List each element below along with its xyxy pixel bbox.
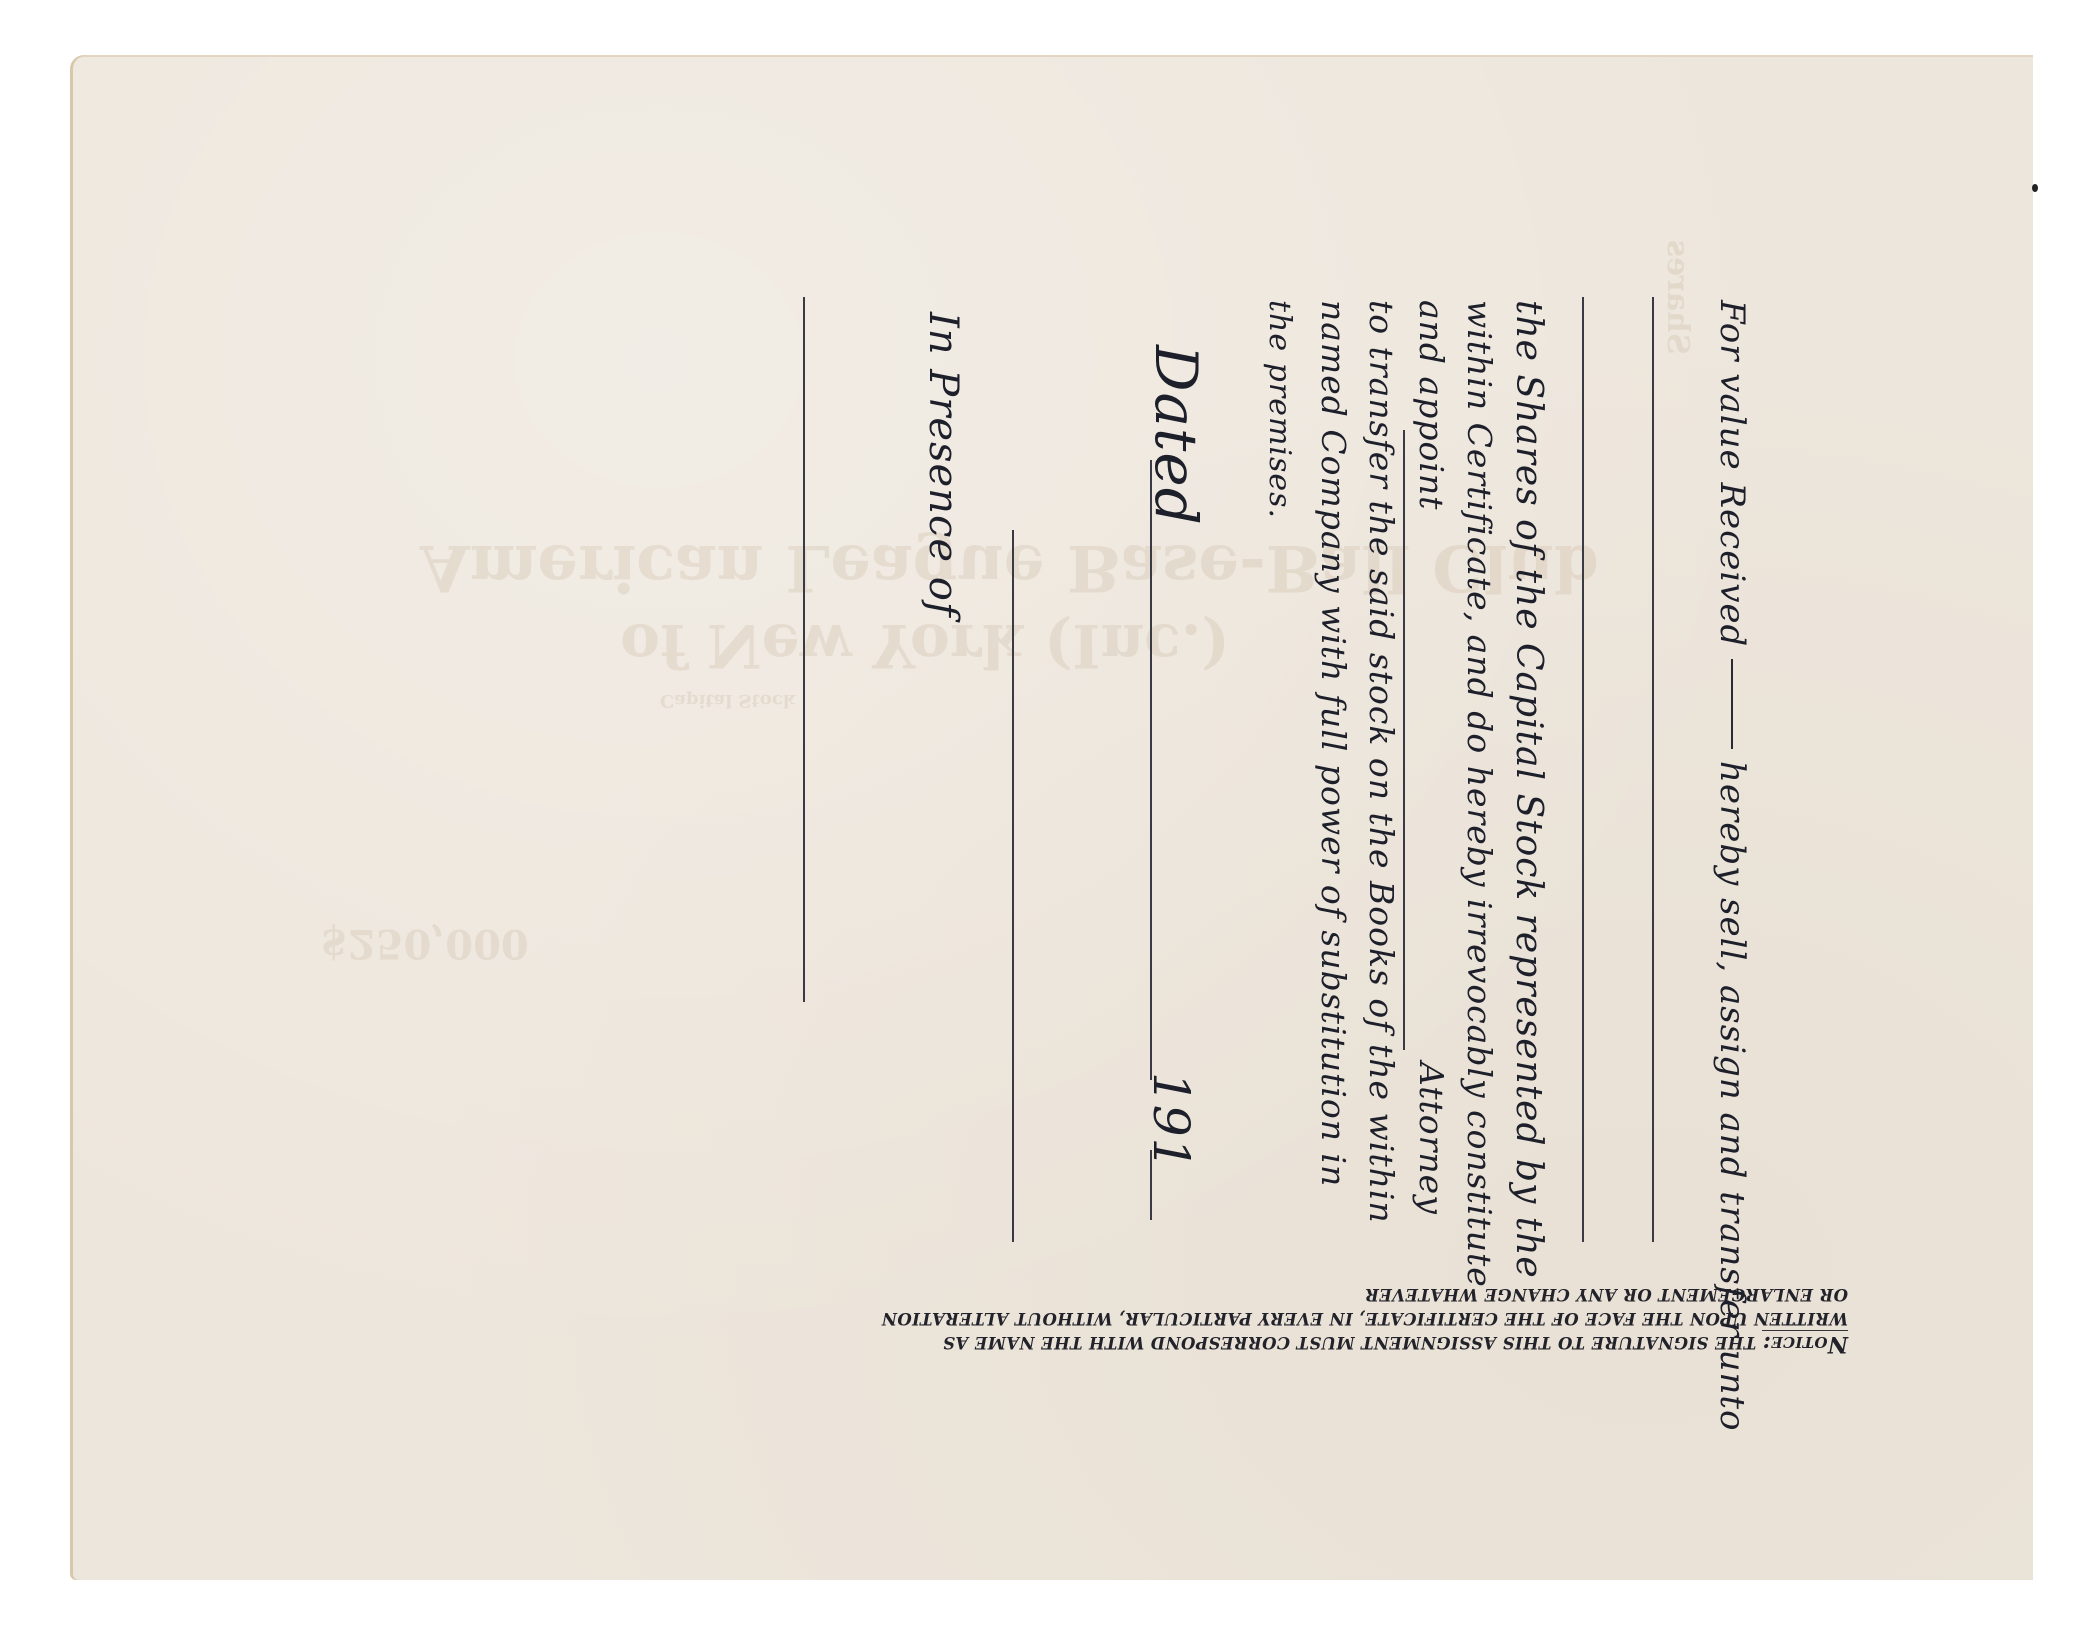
show-through-amount: $250,000 [320, 920, 529, 967]
assignment-line-7: the premises. [1262, 300, 1297, 519]
assignment-line-3: within Certificate, and do hereby irrevo… [1460, 300, 1499, 1288]
presence-label: In Presence of [920, 312, 966, 618]
attorney-label: Attorney [1412, 1062, 1451, 1215]
assignee-name-line-2[interactable] [1582, 297, 1584, 1242]
assignee-name-line-1[interactable] [1652, 297, 1654, 1242]
ink-speck [2032, 184, 2038, 192]
assignment-line-6: named Company with full power of substit… [1314, 300, 1353, 1187]
appoint-label: and appoint [1412, 300, 1451, 510]
year-line[interactable] [1150, 1150, 1152, 1220]
dated-label: Dated [1142, 345, 1210, 526]
assignee-blank[interactable] [1731, 659, 1733, 749]
assignment-line-4: and appoint [1412, 300, 1451, 510]
perforated-edge [2025, 55, 2041, 1580]
witness-line[interactable] [803, 297, 805, 1002]
date-line[interactable] [1150, 460, 1152, 1080]
show-through-subtitle: Capital Stock [660, 690, 795, 711]
assignment-line-5: to transfer the said stock on the Books … [1362, 300, 1401, 1224]
notice-body: THE SIGNATURE TO THIS ASSIGNMENT MUST CO… [881, 1285, 1848, 1352]
show-through-shares: Shares [1660, 240, 1695, 355]
assignment-line-2: the Shares of the Capital Stock represen… [1508, 300, 1549, 1279]
show-through-title: American League Base-Ball Club [420, 530, 1599, 605]
show-through-title-2: of New York (Inc.) [620, 610, 1230, 680]
assignment-line-1: For value Received hereby sell, assign a… [1712, 300, 1752, 1432]
signature-line[interactable] [1012, 530, 1014, 1242]
notice-text: Notice: THE SIGNATURE TO THIS ASSIGNMENT… [868, 1282, 1848, 1356]
notice-label: Notice: [1762, 1330, 1848, 1357]
attorney-name-line[interactable] [1403, 430, 1405, 1050]
value-received-label: For value Received [1712, 300, 1752, 647]
